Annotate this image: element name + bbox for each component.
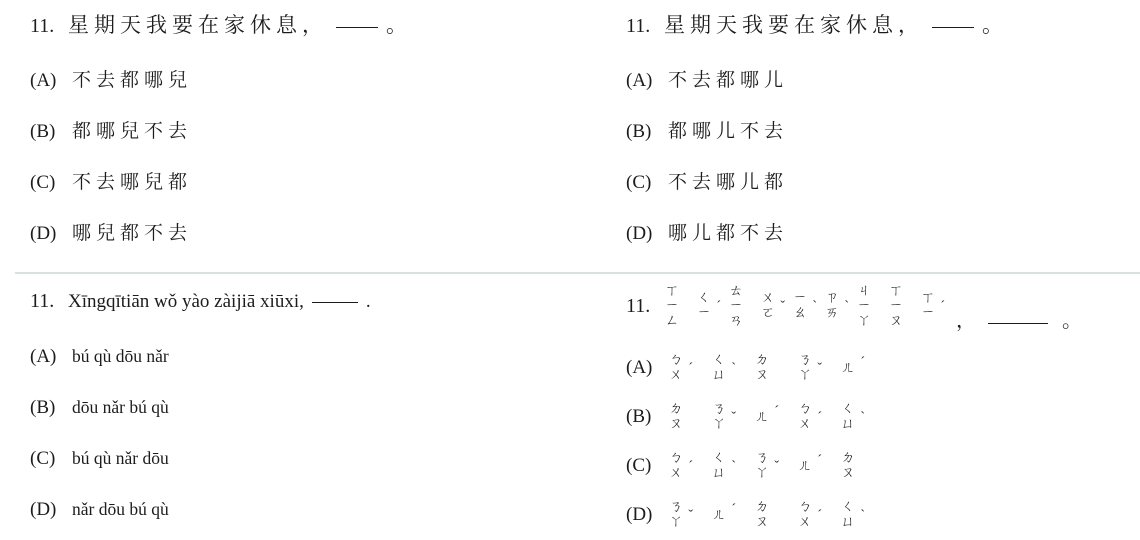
zhuyin-letter: ㄅ [669, 353, 683, 368]
zhuyin-syllable: ㄅㄨˊ [668, 353, 684, 383]
zhuyin-syllable: ㄒㄧㄡ [888, 284, 904, 329]
option-text: 不去都哪儿 [668, 70, 788, 91]
zhuyin-letter: ㄉ [755, 353, 769, 368]
option-text: nǎr dōu bú qù [72, 499, 169, 519]
zhuyin-syllable: ㄦˊ [797, 459, 813, 474]
option-row-b: (B)dōu nǎr bú qù [30, 396, 570, 420]
zhuyin-letter: ㄉ [669, 402, 683, 417]
question-comma: ， [956, 310, 976, 332]
zhuyin-syllable: ㄑㄩˋ [711, 451, 727, 481]
zhuyin-letter: ㄉ [755, 500, 769, 515]
zhuyin-letter: ㄅ [798, 500, 812, 515]
zhuyin-letter: ㄧ [697, 306, 711, 321]
zhuyin-letter: ㄥ [665, 314, 679, 329]
option-label: (B) [626, 120, 668, 144]
option-label: (A) [30, 346, 72, 368]
zhuyin-tone-mark: ˋ [731, 364, 736, 374]
zhuyin-letter: ㄅ [798, 402, 812, 417]
zhuyin-letter: ㄧ [665, 299, 679, 314]
zhuyin-letter: ㄡ [755, 368, 769, 383]
zhuyin-letter: ㄩ [712, 466, 726, 481]
option-label: (C) [626, 455, 668, 477]
option-text: 哪兒都不去 [72, 223, 192, 244]
zhuyin-syllable: ㄒㄧˊ [920, 291, 936, 321]
test-question-page: 11.星期天我要在家休息，。 (A)不去都哪兒 (B)都哪兒不去 (C)不去哪兒… [0, 0, 1140, 540]
question-number: 11. [30, 11, 68, 41]
zhuyin-syllable: ㄦˊ [840, 361, 856, 376]
option-text: 不去哪兒都 [72, 172, 192, 193]
question-end-punctuation: . [366, 291, 371, 312]
zhuyin-syllable: ㄅㄨˊ [797, 500, 813, 530]
zhuyin-option-syllables: ㄅㄨˊㄑㄩˋㄋㄚˇㄦˊㄉㄡ [668, 451, 883, 481]
zhuyin-letter: ㄨ [761, 291, 775, 306]
zhuyin-letter: ㄨ [798, 417, 812, 432]
zhuyin-letter: ㄦ [755, 410, 769, 425]
option-label: (D) [626, 504, 668, 526]
answer-blank [988, 321, 1048, 324]
zhuyin-letter: ㄋ [755, 451, 769, 466]
option-label: (A) [626, 69, 668, 93]
zhuyin-syllable: ㄒㄧㄥ [664, 284, 680, 329]
zhuyin-syllable: ㄊㄧㄢ [728, 284, 744, 329]
zhuyin-tone-mark: ˋ [731, 462, 736, 472]
option-row-a: (A)不去都哪儿 [626, 69, 1140, 94]
zhuyin-letter: ㄚ [857, 314, 871, 329]
zhuyin-letter: ㄑ [712, 353, 726, 368]
option-row-c: (C)不去哪儿都 [626, 171, 1140, 196]
option-label: (C) [626, 171, 668, 195]
zhuyin-letter: ㄉ [841, 451, 855, 466]
option-text: 都哪儿不去 [668, 121, 788, 142]
option-row-d: (D)哪儿都不去 [626, 222, 1140, 247]
quadrant-zhuyin: 11. ㄒㄧㄥㄑㄧˊㄊㄧㄢㄨㄛˇㄧㄠˋㄗㄞˋㄐㄧㄚㄒㄧㄡㄒㄧˊ ， 。 (A) … [570, 276, 1140, 540]
zhuyin-letter: ㄋ [798, 353, 812, 368]
question-line: 11.星期天我要在家休息，。 [30, 10, 570, 43]
zhuyin-letter: ㄦ [841, 361, 855, 376]
zhuyin-letter: ㄚ [798, 368, 812, 383]
option-row-a: (A) ㄅㄨˊㄑㄩˋㄉㄡㄋㄚˇㄦˊ [626, 346, 1140, 390]
zhuyin-letter: ㄧ [921, 306, 935, 321]
question-number: 11. [30, 286, 68, 316]
zhuyin-letter: ㄐ [857, 284, 871, 299]
question-number: 11. [626, 295, 664, 318]
option-label: (C) [30, 448, 72, 470]
zhuyin-letter: ㄋ [712, 402, 726, 417]
zhuyin-tone-mark: ˇ [780, 302, 785, 312]
zhuyin-letter: ㄊ [729, 284, 743, 299]
zhuyin-letter: ㄧ [857, 299, 871, 314]
zhuyin-syllable: ㄧㄠˋ [792, 291, 808, 321]
zhuyin-syllable: ㄐㄧㄚ [856, 284, 872, 329]
zhuyin-syllable: ㄑㄩˋ [840, 500, 856, 530]
question-number: 11. [626, 11, 664, 41]
option-label: (D) [30, 499, 72, 521]
zhuyin-letter: ㄧ [729, 299, 743, 314]
zhuyin-letter: ㄑ [712, 451, 726, 466]
option-row-d: (D) ㄋㄚˇㄦˊㄉㄡㄅㄨˊㄑㄩˋ [626, 493, 1140, 537]
zhuyin-letter: ㄢ [729, 314, 743, 329]
question-end-punctuation: 。 [1062, 310, 1082, 332]
zhuyin-syllable: ㄋㄚˇ [668, 500, 684, 530]
zhuyin-tone-mark: ˇ [688, 511, 693, 521]
option-text: 哪儿都不去 [668, 223, 788, 244]
zhuyin-letter: ㄡ [755, 515, 769, 530]
option-label: (D) [626, 222, 668, 246]
zhuyin-letter: ㄑ [841, 500, 855, 515]
option-row-a: (A)bú qù dōu nǎr [30, 345, 570, 369]
quadrant-pinyin: 11.Xīngqītiān wǒ yào zàijiā xiūxi,. (A)b… [0, 276, 570, 540]
zhuyin-letter: ㄡ [841, 466, 855, 481]
zhuyin-tone-mark: ˊ [817, 456, 822, 466]
option-row-c: (C)bú qù nǎr dōu [30, 447, 570, 471]
answer-blank [312, 300, 358, 303]
option-text: 不去哪儿都 [668, 172, 788, 193]
zhuyin-syllable: ㄉㄡ [754, 500, 770, 530]
question-line: 11.星期天我要在家休息，。 [626, 10, 1140, 43]
option-label: (B) [626, 406, 668, 428]
zhuyin-syllable: ㄋㄚˇ [797, 353, 813, 383]
zhuyin-syllable: ㄅㄨˊ [797, 402, 813, 432]
option-text: dōu nǎr bú qù [72, 397, 169, 417]
zhuyin-letter: ㄨ [669, 368, 683, 383]
zhuyin-question-syllables: ㄒㄧㄥㄑㄧˊㄊㄧㄢㄨㄛˇㄧㄠˋㄗㄞˋㄐㄧㄚㄒㄧㄡㄒㄧˊ [664, 284, 952, 329]
zhuyin-syllable: ㄦˊ [754, 410, 770, 425]
zhuyin-letter: ㄑ [841, 402, 855, 417]
zhuyin-tone-mark: ˊ [817, 413, 822, 423]
quadrant-traditional-chinese: 11.星期天我要在家休息，。 (A)不去都哪兒 (B)都哪兒不去 (C)不去哪兒… [0, 0, 570, 272]
zhuyin-letter: ㄋ [669, 500, 683, 515]
option-row-b: (B)都哪儿不去 [626, 120, 1140, 145]
option-row-d: (D)哪兒都不去 [30, 222, 570, 247]
zhuyin-letter: ㄦ [712, 508, 726, 523]
zhuyin-syllable: ㄑㄧˊ [696, 291, 712, 321]
answer-blank [932, 25, 974, 28]
zhuyin-letter: ㄩ [841, 417, 855, 432]
zhuyin-syllable: ㄉㄡ [754, 353, 770, 383]
zhuyin-letter: ㄒ [889, 284, 903, 299]
zhuyin-letter: ㄛ [761, 306, 775, 321]
zhuyin-letter: ㄗ [825, 291, 839, 306]
zhuyin-letter: ㄞ [825, 306, 839, 321]
question-end-punctuation: 。 [982, 13, 1008, 37]
horizontal-divider [15, 272, 1140, 274]
zhuyin-letter: ㄚ [755, 466, 769, 481]
zhuyin-option-syllables: ㄉㄡㄋㄚˇㄦˊㄅㄨˊㄑㄩˋ [668, 402, 883, 432]
zhuyin-syllable: ㄅㄨˊ [668, 451, 684, 481]
question-line: 11. ㄒㄧㄥㄑㄧˊㄊㄧㄢㄨㄛˇㄧㄠˋㄗㄞˋㄐㄧㄚㄒㄧㄡㄒㄧˊ ， 。 [626, 280, 1140, 332]
zhuyin-letter: ㄨ [669, 466, 683, 481]
zhuyin-tone-mark: ˇ [731, 413, 736, 423]
question-line: 11.Xīngqītiān wǒ yào zàijiā xiūxi,. [30, 286, 570, 318]
option-row-b: (B) ㄉㄡㄋㄚˇㄦˊㄅㄨˊㄑㄩˋ [626, 395, 1140, 439]
option-label: (D) [30, 222, 72, 246]
zhuyin-tone-mark: ˋ [812, 302, 817, 312]
zhuyin-tone-mark: ˋ [860, 413, 865, 423]
zhuyin-tone-mark: ˋ [860, 511, 865, 521]
question-text: 星期天我要在家休息， [664, 13, 924, 37]
option-row-d: (D)nǎr dōu bú qù [30, 498, 570, 522]
zhuyin-tone-mark: ˊ [817, 511, 822, 521]
zhuyin-option-syllables: ㄅㄨˊㄑㄩˋㄉㄡㄋㄚˇㄦˊ [668, 353, 883, 383]
zhuyin-letter: ㄡ [669, 417, 683, 432]
zhuyin-tone-mark: ˊ [940, 302, 945, 312]
option-row-a: (A)不去都哪兒 [30, 69, 570, 94]
zhuyin-syllable: ㄦˊ [711, 508, 727, 523]
question-text: Xīngqītiān wǒ yào zàijiā xiūxi, [68, 291, 304, 312]
option-label: (A) [626, 357, 668, 379]
zhuyin-tone-mark: ˇ [817, 364, 822, 374]
option-label: (B) [30, 120, 72, 144]
zhuyin-tone-mark: ˊ [731, 505, 736, 515]
zhuyin-syllable: ㄗㄞˋ [824, 291, 840, 321]
zhuyin-syllable: ㄉㄡ [840, 451, 856, 481]
zhuyin-syllable: ㄑㄩˋ [840, 402, 856, 432]
option-row-c: (C)不去哪兒都 [30, 171, 570, 196]
zhuyin-tone-mark: ˋ [844, 302, 849, 312]
zhuyin-syllable: ㄨㄛˇ [760, 291, 776, 321]
zhuyin-letter: ㄒ [665, 284, 679, 299]
zhuyin-tone-mark: ˊ [774, 407, 779, 417]
option-text: bú qù nǎr dōu [72, 448, 169, 468]
zhuyin-tone-mark: ˊ [688, 364, 693, 374]
question-text: 星期天我要在家休息， [68, 13, 328, 37]
option-label: (B) [30, 397, 72, 419]
zhuyin-letter: ㄑ [697, 291, 711, 306]
zhuyin-letter: ㄒ [921, 291, 935, 306]
zhuyin-letter: ㄚ [712, 417, 726, 432]
zhuyin-letter: ㄅ [669, 451, 683, 466]
zhuyin-syllable: ㄋㄚˇ [754, 451, 770, 481]
option-label: (A) [30, 69, 72, 93]
zhuyin-syllable: ㄉㄡ [668, 402, 684, 432]
zhuyin-letter: ㄧ [793, 291, 807, 306]
zhuyin-letter: ㄩ [841, 515, 855, 530]
zhuyin-tone-mark: ˊ [860, 358, 865, 368]
zhuyin-letter: ㄡ [889, 314, 903, 329]
option-label: (C) [30, 171, 72, 195]
answer-blank [336, 25, 378, 28]
zhuyin-tone-mark: ˊ [688, 462, 693, 472]
zhuyin-syllable: ㄋㄚˇ [711, 402, 727, 432]
zhuyin-tone-mark: ˊ [716, 302, 721, 312]
option-text: bú qù dōu nǎr [72, 346, 169, 366]
zhuyin-letter: ㄧ [889, 299, 903, 314]
zhuyin-syllable: ㄑㄩˋ [711, 353, 727, 383]
option-row-c: (C) ㄅㄨˊㄑㄩˋㄋㄚˇㄦˊㄉㄡ [626, 444, 1140, 488]
question-end-punctuation: 。 [386, 13, 412, 37]
zhuyin-tone-mark: ˇ [774, 462, 779, 472]
zhuyin-letter: ㄚ [669, 515, 683, 530]
option-row-b: (B)都哪兒不去 [30, 120, 570, 145]
zhuyin-option-syllables: ㄋㄚˇㄦˊㄉㄡㄅㄨˊㄑㄩˋ [668, 500, 883, 530]
option-text: 都哪兒不去 [72, 121, 192, 142]
option-text: 不去都哪兒 [72, 70, 192, 91]
zhuyin-letter: ㄩ [712, 368, 726, 383]
zhuyin-letter: ㄦ [798, 459, 812, 474]
zhuyin-letter: ㄨ [798, 515, 812, 530]
quadrant-simplified-chinese: 11.星期天我要在家休息，。 (A)不去都哪儿 (B)都哪儿不去 (C)不去哪儿… [570, 0, 1140, 272]
zhuyin-letter: ㄠ [793, 306, 807, 321]
